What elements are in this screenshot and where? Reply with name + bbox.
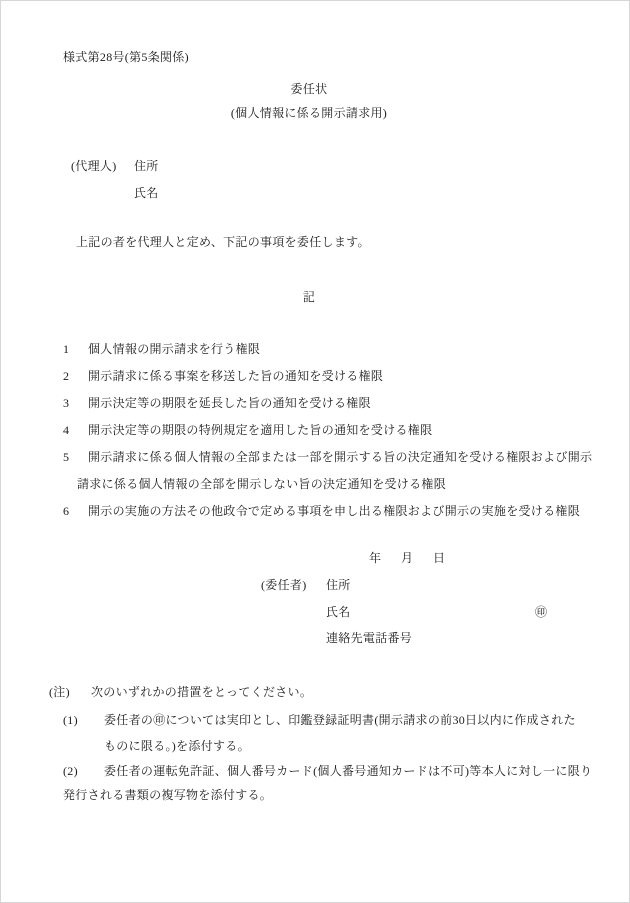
agent-address-label: 住所 (134, 159, 159, 173)
item-6-text: 開示の実施の方法その他政令で定める事項を申し出る権限および開示の実施を受ける権限 (88, 504, 580, 518)
declaration-sentence: 上記の者を代理人と定め、下記の事項を委任します。 (76, 235, 370, 249)
item-5-text-line2: 請求に係る個人情報の全部を開示しない旨の決定通知を受ける権限 (77, 477, 446, 491)
document-subtitle: (個人情報に係る開示請求用) (1, 106, 617, 120)
document-page: 様式第28号(第5条関係) 委任状 (個人情報に係る開示請求用) (代理人) 住… (0, 0, 630, 903)
note-2-text-line2: 発行される書類の複写物を添付する。 (63, 788, 272, 802)
principal-label: (委任者) (261, 578, 307, 592)
principal-name-label: 氏名 (326, 605, 351, 619)
agent-name-label: 氏名 (134, 186, 159, 200)
item-3-number: 3 (63, 396, 69, 410)
item-1-text: 個人情報の開示請求を行う権限 (88, 342, 260, 356)
item-5-text-line1: 開示請求に係る個人情報の全部または一部を開示する旨の決定通知を受ける権限および開… (88, 450, 592, 464)
item-2-number: 2 (63, 369, 69, 383)
note-header-text: 次のいずれかの措置をとってください。 (91, 685, 312, 699)
note-1-number: (1) (63, 713, 78, 727)
item-3-text: 開示決定等の期限を延長した旨の通知を受ける権限 (88, 396, 371, 410)
item-4-number: 4 (63, 423, 69, 437)
note-2-number: (2) (63, 764, 78, 778)
document-title: 委任状 (1, 82, 617, 96)
item-4-text: 開示決定等の期限の特例規定を適用した旨の通知を受ける権限 (88, 423, 432, 437)
ki-heading: 記 (1, 290, 617, 304)
principal-phone-label: 連絡先電話番号 (326, 631, 412, 645)
seal-mark-icon: ㊞ (535, 605, 547, 619)
date-line: 年 月 日 (369, 551, 449, 565)
item-1-number: 1 (63, 342, 69, 356)
note-1-text-line2: ものに限る。)を添付する。 (104, 739, 250, 753)
note-header-label: (注) (49, 685, 70, 699)
form-number: 様式第28号(第5条関係) (63, 50, 189, 64)
item-6-number: 6 (63, 504, 69, 518)
item-2-text: 開示請求に係る事案を移送した旨の通知を受ける権限 (88, 369, 383, 383)
item-5-number: 5 (63, 450, 69, 464)
note-2-text-line1: 委任者の運転免許証、個人番号カード(個人番号通知カードは不可)等本人に対し一に限… (104, 764, 592, 778)
principal-address-label: 住所 (326, 578, 351, 592)
note-1-text-line1: 委任者の㊞については実印とし、印鑑登録証明書(開示請求の前30日以内に作成された (104, 713, 576, 727)
agent-label: (代理人) (71, 159, 117, 173)
